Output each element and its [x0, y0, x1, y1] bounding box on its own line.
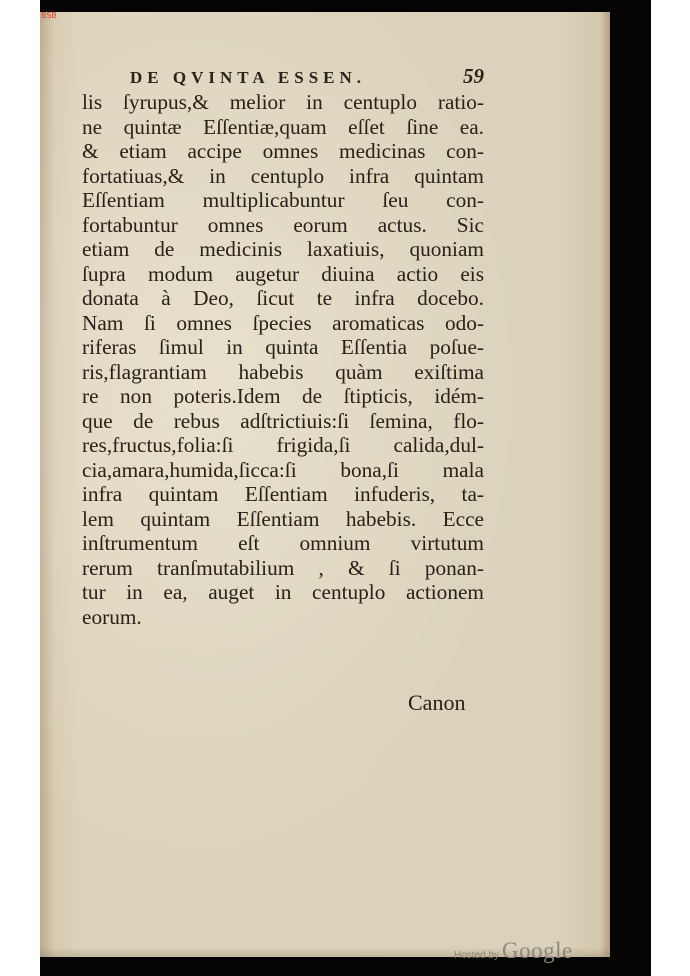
text-line: ne quintæ Eſſentiæ,quam eſſet ſine ea.: [82, 115, 484, 140]
text-line: lis ſyrupus,& melior in centuplo ratio-: [82, 90, 484, 115]
running-title: DE QVINTA ESSEN.: [130, 68, 366, 88]
text-line: Eſſentiam multiplicabuntur ſeu con-: [82, 188, 484, 213]
text-line: res,fructus,folia:ſi frigida,ſi calida,d…: [82, 433, 484, 458]
text-line: infra quintam Eſſentiam infuderis, ta-: [82, 482, 484, 507]
text-line: inſtrumentum eſt omnium virtutum: [82, 531, 484, 556]
hosted-by-watermark: Hosted by Google: [454, 938, 573, 964]
text-line: ris,flagrantiam habebis quàm exiſtima: [82, 360, 484, 385]
text-line: fortabuntur omnes eorum actus. Sic: [82, 213, 484, 238]
catchword: Canon: [408, 690, 465, 716]
text-line: etiam de medicinis laxatiuis, quoniam: [82, 237, 484, 262]
text-line: lem quintam Eſſentiam habebis. Ecce: [82, 507, 484, 532]
running-head: DE QVINTA ESSEN. 59: [130, 64, 484, 89]
text-line: eorum.: [82, 605, 484, 630]
library-marker: BSB: [41, 11, 57, 20]
text-line: ſupra modum augetur diuina actio eis: [82, 262, 484, 287]
text-line: Nam ſi omnes ſpecies aromaticas odo-: [82, 311, 484, 336]
watermark-prefix: Hosted by: [454, 950, 499, 961]
google-logo: Google: [502, 938, 573, 964]
text-line: cia,amara,humida,ſicca:ſi bona,ſi mala: [82, 458, 484, 483]
text-line: re non poteris.Idem de ſtipticis, idém-: [82, 384, 484, 409]
text-line: que de rebus adſtrictiuis:ſi ſemina, flo…: [82, 409, 484, 434]
page-number: 59: [463, 64, 484, 89]
text-line: rerum tranſmutabilium , & ſi ponan-: [82, 556, 484, 581]
text-line: tur in ea, auget in centuplo actionem: [82, 580, 484, 605]
text-line: fortatiuas,& in centuplo infra quintam: [82, 164, 484, 189]
text-line: & etiam accipe omnes medicinas con-: [82, 139, 484, 164]
body-text: lis ſyrupus,& melior in centuplo ratio- …: [82, 90, 484, 629]
text-line: riferas ſimul in quinta Eſſentia poſue-: [82, 335, 484, 360]
text-line: donata à Deo, ſicut te infra docebo.: [82, 286, 484, 311]
